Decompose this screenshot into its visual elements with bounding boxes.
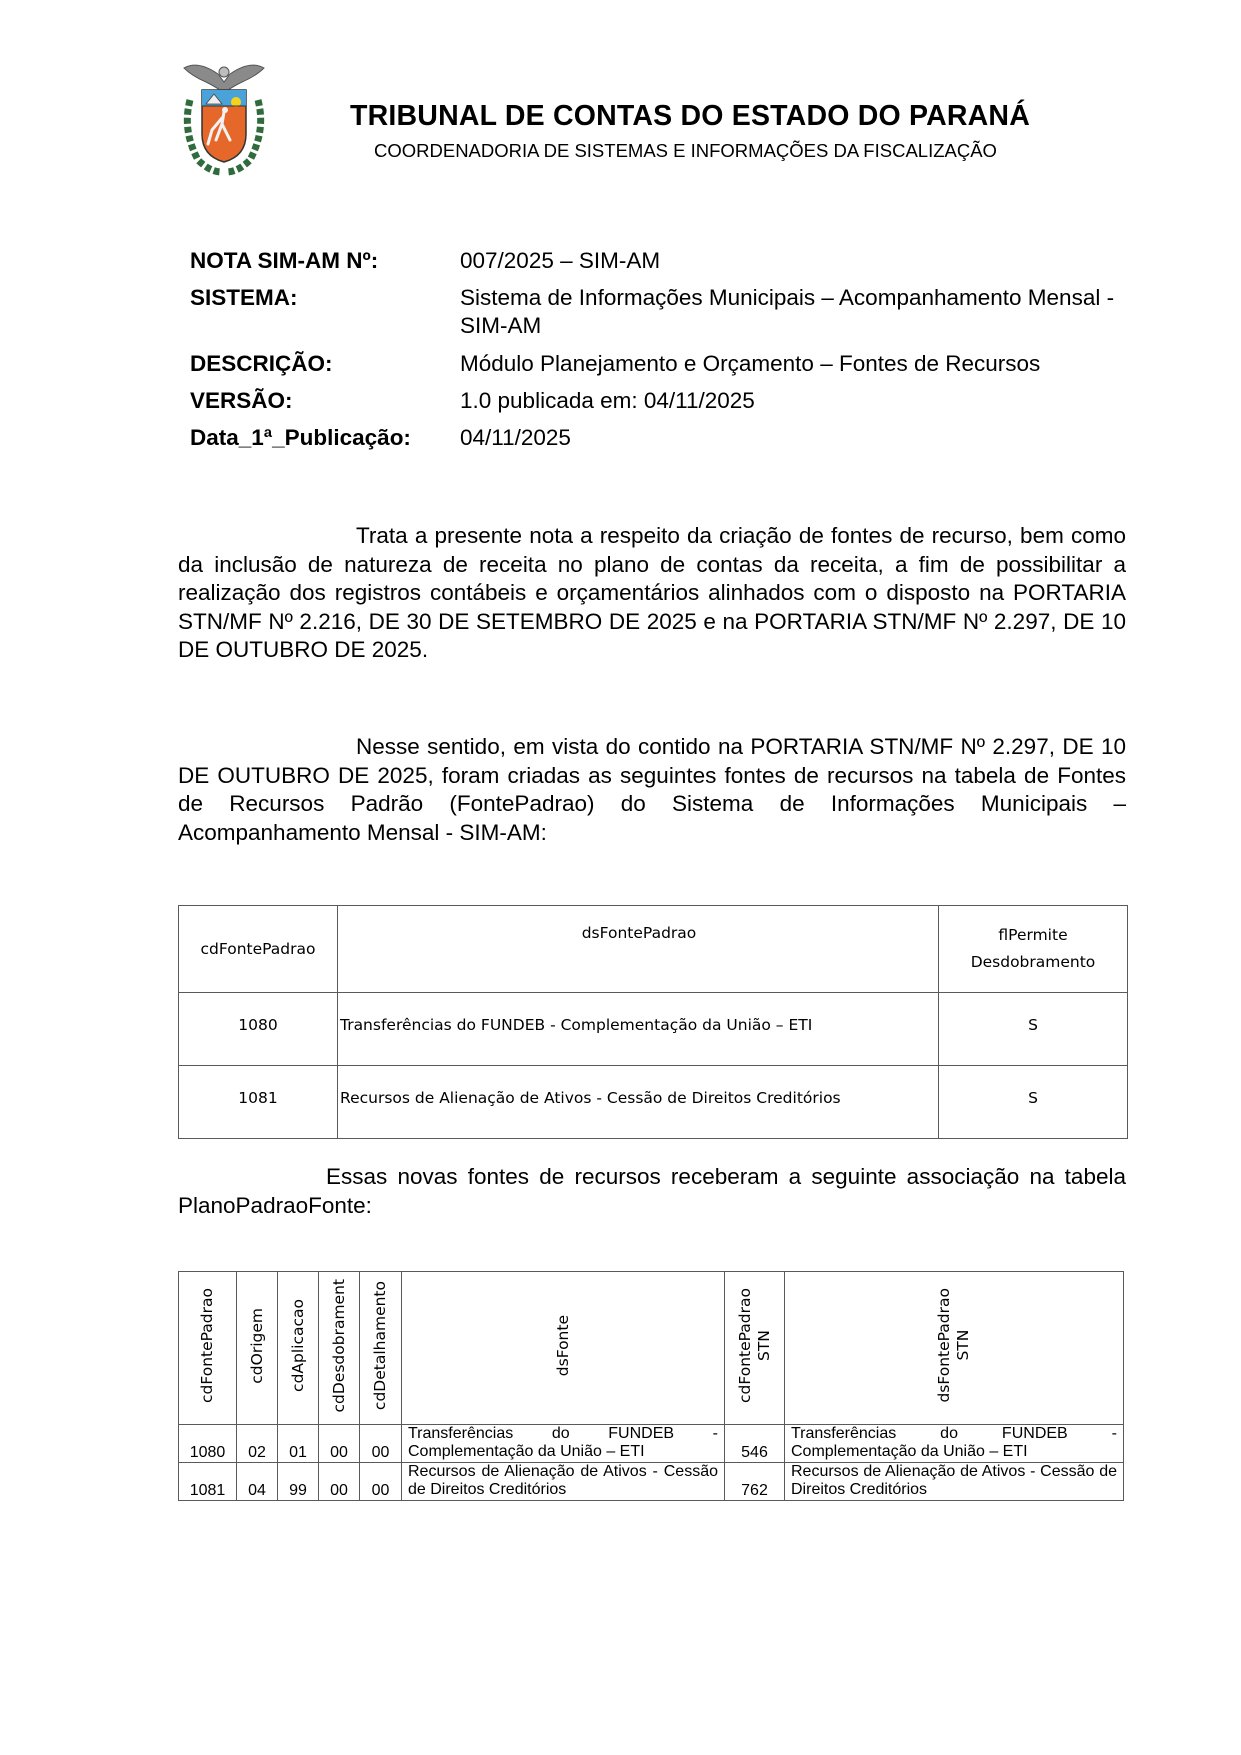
column-header-line: flPermite — [998, 926, 1067, 944]
table-row: 1081 04 99 00 00 Recursos de Alienação d… — [179, 1463, 1124, 1501]
parana-coat-of-arms-icon — [178, 60, 270, 176]
paragraph-fontes-criadas: Nesse sentido, em vista do contido na PO… — [178, 733, 1126, 847]
cell-fl-permite-desdobramento: S — [939, 993, 1128, 1066]
column-header-text: cdFontePadraoSTN — [736, 1288, 774, 1403]
column-header: dsFontePadrao — [338, 906, 939, 993]
table-row: 1080 02 01 00 00 Transferências do FUNDE… — [179, 1425, 1124, 1463]
column-header: cdOrigem — [237, 1272, 278, 1425]
cell-cd-detalhamento: 00 — [360, 1425, 402, 1463]
column-header-text: cdDesdobrament — [330, 1279, 349, 1412]
cell-cd-desdobramento: 00 — [319, 1425, 360, 1463]
plano-padrao-fonte-table: cdFontePadrao cdOrigem cdAplicacao cdDes… — [178, 1271, 1124, 1501]
cell-ds-fonte-padrao: Transferências do FUNDEB - Complementaçã… — [338, 993, 939, 1066]
column-header: dsFonte — [402, 1272, 725, 1425]
column-header: cdFontePadraoSTN — [725, 1272, 785, 1425]
table-row: 1081 Recursos de Alienação de Ativos - C… — [179, 1066, 1128, 1139]
meta-label: DESCRIÇÃO: — [190, 350, 333, 378]
fonte-padrao-table: cdFontePadrao dsFontePadrao flPermite De… — [178, 905, 1128, 1139]
paragraph-intro: Trata a presente nota a respeito da cria… — [178, 522, 1126, 665]
cell-cd-detalhamento: 00 — [360, 1463, 402, 1501]
meta-label: NOTA SIM-AM Nº: — [190, 247, 378, 275]
cell-cd-aplicacao: 01 — [278, 1425, 319, 1463]
cell-cd-fonte-padrao-stn: 762 — [725, 1463, 785, 1501]
column-header-line: Desdobramento — [971, 953, 1096, 971]
table-row: 1080 Transferências do FUNDEB - Compleme… — [179, 993, 1128, 1066]
column-header: cdFontePadrao — [179, 1272, 237, 1425]
column-header-text: cdOrigem — [248, 1308, 267, 1384]
cell-ds-fonte: Transferências do FUNDEB - Complementaçã… — [402, 1425, 725, 1463]
meta-label: SISTEMA: — [190, 284, 298, 312]
cell-cd-desdobramento: 00 — [319, 1463, 360, 1501]
meta-value: Sistema de Informações Municipais – Acom… — [460, 284, 1120, 340]
organization-title: TRIBUNAL DE CONTAS DO ESTADO DO PARANÁ — [350, 100, 1030, 133]
table-header-row: cdFontePadrao dsFontePadrao flPermite De… — [179, 906, 1128, 993]
column-header: cdFontePadrao — [179, 906, 338, 993]
column-header: flPermite Desdobramento — [939, 906, 1128, 993]
column-header-line: dsFontePadrao — [935, 1288, 953, 1403]
paragraph-associacao: Essas novas fontes de recursos receberam… — [178, 1163, 1126, 1220]
meta-value: 1.0 publicada em: 04/11/2025 — [460, 387, 1140, 415]
cell-cd-fonte-padrao: 1081 — [179, 1066, 338, 1139]
column-header-text: cdAplicacao — [289, 1299, 308, 1392]
cell-cd-origem: 02 — [237, 1425, 278, 1463]
column-header: cdAplicacao — [278, 1272, 319, 1425]
cell-cd-aplicacao: 99 — [278, 1463, 319, 1501]
column-header-line: cdFontePadrao — [736, 1288, 754, 1403]
cell-ds-fonte-padrao: Recursos de Alienação de Ativos - Cessão… — [338, 1066, 939, 1139]
organization-subtitle: COORDENADORIA DE SISTEMAS E INFORMAÇÕES … — [374, 140, 997, 162]
column-header-text: cdFontePadrao — [198, 1288, 217, 1403]
column-header-text: dsFonte — [554, 1315, 573, 1376]
cell-cd-fonte-padrao: 1080 — [179, 993, 338, 1066]
table-header-row: cdFontePadrao cdOrigem cdAplicacao cdDes… — [179, 1272, 1124, 1425]
cell-ds-fonte-padrao-stn: Recursos de Alienação de Ativos - Cessão… — [785, 1463, 1124, 1501]
column-header-line: STN — [954, 1330, 972, 1361]
cell-cd-fonte-padrao: 1080 — [179, 1425, 237, 1463]
meta-value: 04/11/2025 — [460, 424, 1140, 452]
column-header: cdDesdobrament — [319, 1272, 360, 1425]
cell-cd-fonte-padrao-stn: 546 — [725, 1425, 785, 1463]
column-header-text: dsFontePadraoSTN — [935, 1288, 973, 1403]
cell-cd-fonte-padrao: 1081 — [179, 1463, 237, 1501]
column-header-text: cdDetalhamento — [371, 1281, 390, 1410]
cell-ds-fonte-padrao-stn: Transferências do FUNDEB - Complementaçã… — [785, 1425, 1124, 1463]
column-header: cdDetalhamento — [360, 1272, 402, 1425]
cell-cd-origem: 04 — [237, 1463, 278, 1501]
meta-label: Data_1ª_Publicação: — [190, 424, 411, 452]
column-header-line: STN — [755, 1330, 773, 1361]
cell-fl-permite-desdobramento: S — [939, 1066, 1128, 1139]
meta-label: VERSÃO: — [190, 387, 293, 415]
cell-ds-fonte: Recursos de Alienação de Ativos - Cessão… — [402, 1463, 725, 1501]
meta-value: 007/2025 – SIM-AM — [460, 247, 1140, 275]
column-header: dsFontePadraoSTN — [785, 1272, 1124, 1425]
meta-value: Módulo Planejamento e Orçamento – Fontes… — [460, 350, 1140, 378]
